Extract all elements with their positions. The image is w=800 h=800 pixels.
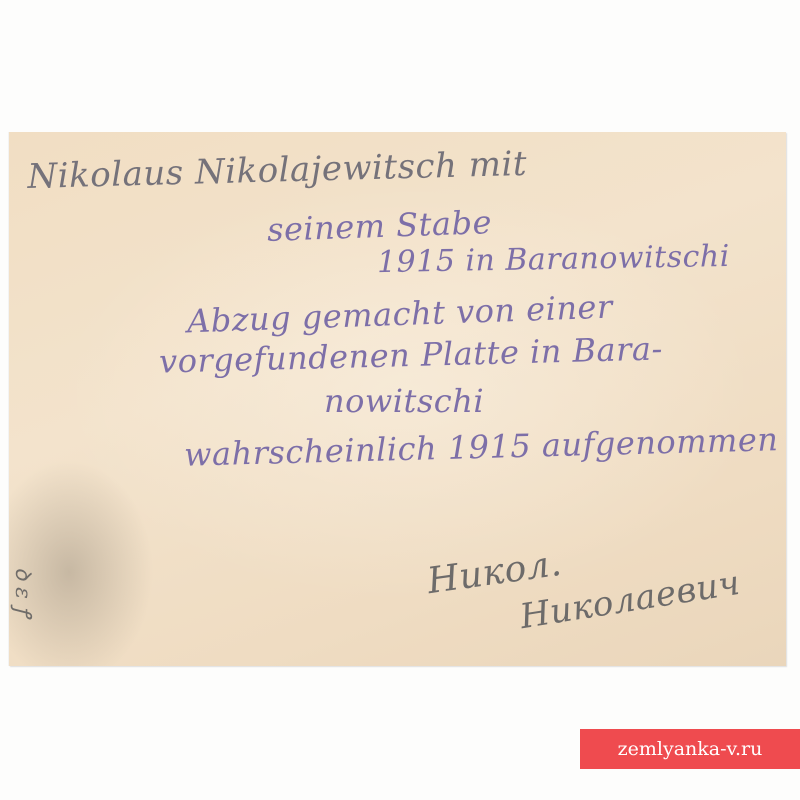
margin-pencil-note: ꝺ ɛ ꝭ: [9, 567, 39, 616]
inscription-line-7: wahrscheinlich 1915 aufgenommen: [184, 420, 779, 474]
watermark-badge: zemlyanka-v.ru: [580, 729, 800, 769]
inscription-line-2: seinem Stabe: [266, 203, 492, 249]
inscription-line-3: 1915 in Baranowitschi: [377, 239, 730, 280]
photo-back-paper: Nikolaus Nikolajewitsch mit seinem Stabe…: [9, 132, 786, 666]
inscription-line-6: nowitschi: [324, 382, 484, 420]
watermark-text: zemlyanka-v.ru: [618, 738, 763, 760]
inscription-line-1: Nikolaus Nikolajewitsch mit: [27, 144, 528, 197]
